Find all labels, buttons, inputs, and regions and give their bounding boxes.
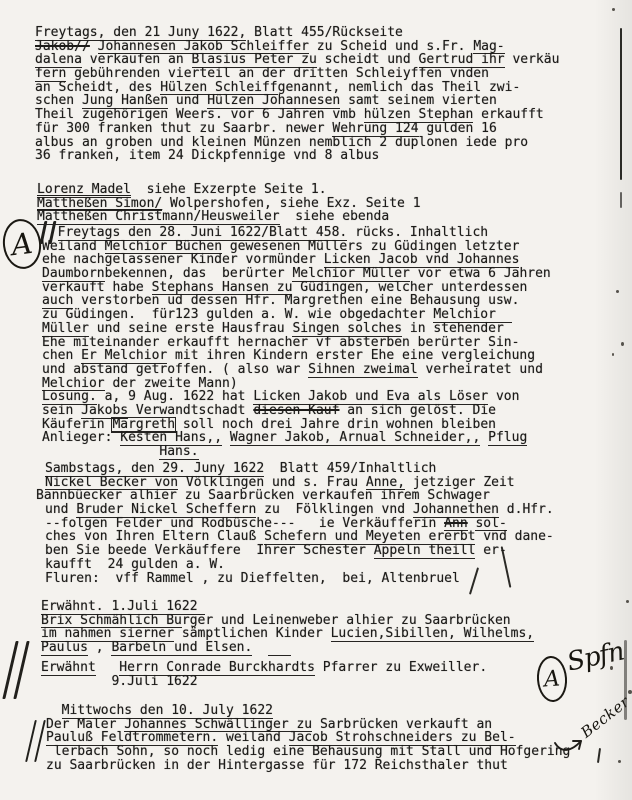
typewritten-line: --folgen Felder und Rodbüsche--- ie Verk…: [45, 517, 554, 531]
text-segment: Pfarrer zu Exweiller.: [315, 661, 487, 675]
typewritten-line: Lorenz Madel siehe Exzerpte Seite 1.: [37, 183, 421, 197]
typewritten-line: Erwähnt Herrn Conrade Burckhardts Pfarre…: [41, 661, 487, 675]
text-segment: ehe nachgelassener Kinder vormünder: [42, 253, 324, 267]
scan-speck: [616, 290, 619, 293]
scan-edge-line: [620, 192, 622, 208]
text-segment: [468, 517, 476, 531]
typewritten-line: Losung. a, 9 Aug. 1622 hat Licken Jakob …: [42, 390, 551, 404]
typewritten-line: sein Jakobs Verwandtschadt diesen Kauf a…: [42, 404, 551, 418]
text-segment: samt seinem vierten: [340, 94, 497, 108]
text-segment: und abstand getroffen. ( also war: [42, 363, 308, 377]
typewritten-line: Melchior der zweite Mann): [42, 377, 551, 391]
entry-1622-06-21-blatt-455: Freytags, den 21 Juny 1622, Blatt 455/Rü…: [35, 26, 559, 163]
scan-speck: [628, 690, 632, 694]
text-segment: zu Scheid und s.Fr.: [309, 40, 473, 54]
text-segment: a, 9 Aug. 1622 hat: [97, 390, 254, 404]
text-segment: soll noch drei Jahre drin wohnen bleiben: [175, 418, 496, 432]
text-segment: er-: [475, 544, 506, 558]
scan-edge-streak: [624, 640, 627, 720]
text-segment: albus an groben und kleinen Münzen nembl…: [35, 136, 528, 150]
text-segment: [480, 431, 488, 445]
typewritten-line: Mattheßen Christmann/Heusweiler siehe eb…: [37, 210, 421, 224]
text-segment: Völklingen und s. Frau: [178, 476, 366, 490]
text-segment: siehe ebenda: [280, 210, 390, 224]
typewritten-line: lerbach Sohn, so noch ledig eine Behausu…: [46, 745, 570, 759]
text-segment: lerbach Sohn, so noch ledig eine Behausu…: [46, 745, 570, 759]
text-segment: erkaufft: [473, 108, 543, 122]
typewritten-line: verkauft habe Stephans Hansen zu Güdinge…: [42, 281, 551, 295]
typewritten-line: Mittwochs den 10. July 1622: [46, 704, 570, 718]
text-segment: für 300 franken thut zu Saarbr. newer: [35, 122, 332, 136]
typewritten-line: auch verstorben ud dessen Hfr. Margrethe…: [42, 294, 551, 308]
typewritten-line: Pauluß Feldtrommetern. weiland Jacob Str…: [46, 731, 570, 745]
typewritten-line: schen Jung Hanßen und Hülzen Johannesen …: [35, 94, 559, 108]
text-segment: Blatt 459/Inhaltlich: [264, 462, 436, 476]
scan-speck: [612, 353, 614, 356]
typewritten-line: Erwähnt. 1.Juli 1622: [41, 600, 534, 614]
text-segment: sämptlichen Kinder: [174, 627, 331, 641]
text-segment: ben Sie beede Verkäuffere Ihrer Schester: [45, 544, 374, 558]
text-segment: Der Maler: [46, 718, 124, 732]
text-segment: Lucien,Sibillen, Wilhelms,: [331, 627, 535, 642]
text-segment: verstorben ud dessen Hfr. Margrethen ein…: [73, 294, 519, 308]
text-segment: Sihnen zweimal: [308, 363, 418, 378]
text-segment: Jakob//: [35, 40, 90, 54]
text-segment: [46, 704, 62, 718]
entry-1622-06-29-blatt-459: Sambstags, den 29. Juny 1622 Blatt 459/I…: [45, 462, 554, 585]
text-segment: Paulus: [41, 641, 88, 656]
text-segment: Bannbüecker alhier zu Saarbrücken verkau…: [36, 489, 490, 503]
scan-speck: [621, 342, 624, 346]
text-segment: ches von Ihren Eltern Clauß: [45, 530, 264, 544]
typewritten-line: kaufft 24 gulden a. W.: [45, 558, 554, 572]
text-segment: und seine erste Hausfrau: [89, 322, 293, 336]
typewritten-line: chen Er Melchior mit ihren Kindern erste…: [42, 349, 551, 363]
typewritten-line: Müller und seine erste Hausfrau Singen s…: [42, 322, 551, 336]
typewritten-line: und abstand getroffen. ( also war Sihnen…: [42, 363, 551, 377]
text-segment: an Scheidt, des: [35, 81, 160, 95]
text-segment: Güdingen, welcher unterdessen: [292, 281, 527, 295]
text-segment: kaufft 24 gulden a. W.: [45, 558, 225, 572]
scan-edge-line: [620, 28, 622, 180]
text-segment: der zweite Mann): [105, 377, 238, 391]
text-segment: und: [168, 94, 207, 108]
text-segment: in stehender: [402, 322, 504, 336]
typewritten-line: Bannbüecker alhier zu Saarbrücken verkau…: [45, 489, 554, 503]
typewritten-line: fern gebührenden vierteil an der dritten…: [35, 67, 559, 81]
typewritten-line: 36 franken, item 24 Dickpfennige vnd 8 a…: [35, 149, 559, 163]
scan-speck: [618, 760, 621, 763]
text-segment: Hans.: [159, 445, 198, 460]
text-segment: verkäu: [505, 53, 560, 67]
handwritten-word-spfn: Spfn: [565, 636, 627, 677]
text-segment: [268, 641, 291, 656]
text-segment: verheiratet und: [418, 363, 543, 377]
text-segment: --folgen Felder und Rodbüsche--- ie Verk…: [45, 517, 444, 531]
text-segment: Mattheßen Christmann/Heusweiler: [37, 210, 280, 225]
text-segment: Sarbrücken verkauft an: [312, 718, 492, 732]
scan-speck: [612, 8, 615, 11]
scanned-document-page: A A Spfn Becker Freytags, den 21 Juny 16…: [0, 0, 632, 800]
text-segment: ,: [88, 641, 111, 655]
text-segment: weiland: [218, 731, 288, 745]
text-segment: 9.Juli 1622: [41, 675, 198, 689]
typewritten-line: Jakob// Johannesen Jakob Schleiffer zu S…: [35, 40, 559, 54]
text-segment: und: [45, 503, 76, 517]
text-segment: an sich gelöst. Die: [339, 404, 496, 418]
double-slash-mark-2: [30, 720, 42, 762]
typewritten-line: Paulus , Barbeln und Elsen.: [41, 641, 534, 655]
text-segment: Pflug: [488, 431, 527, 446]
typewritten-line: Der Maler Johannes Schwällinger zu Sarbr…: [46, 718, 570, 732]
text-segment: Verwandtschadt: [128, 404, 253, 418]
typewritten-line: Freytags den 28. Juni 1622/Blatt 458. rü…: [42, 226, 551, 240]
text-segment: verkauft habe: [42, 281, 152, 295]
text-segment: schen: [35, 94, 82, 108]
text-segment: zu Fölklingen vnd: [256, 503, 413, 517]
text-segment: Blatt 455/Rückseite: [246, 26, 403, 40]
typewritten-line: an Scheidt, des Hülzen Schleiffgenannt, …: [35, 81, 559, 95]
typewritten-line: Käuferin Margreth soll noch drei Jahre d…: [42, 418, 551, 432]
text-segment: d.Hfr.: [499, 503, 554, 517]
text-segment: jetziger Zeit: [405, 476, 515, 490]
text-segment: [90, 40, 98, 54]
typewritten-line: ben Sie beede Verkäuffere Ihrer Schester…: [45, 544, 554, 558]
typewritten-line: im nahmen sierner sämptlichen Kinder Luc…: [41, 627, 534, 641]
text-segment: zu Güdingen. für123 gulden a. W. wie obg…: [42, 308, 433, 322]
typewritten-line: Fluren: vff Rammel , zu Dieffelten, bei,…: [45, 572, 554, 586]
typewritten-line: Hans.: [42, 445, 551, 459]
text-segment: diesen Kauf: [253, 404, 339, 418]
text-segment: Appeln theill: [374, 544, 476, 559]
double-slash-mark-1: [9, 641, 22, 699]
typewritten-line: und Bruder Nickel Scheffern zu Fölklinge…: [45, 503, 554, 517]
scan-speck: [626, 600, 629, 603]
typewritten-line: für 300 franken thut zu Saarbr. newer We…: [35, 122, 559, 136]
cross-references: Lorenz Madel siehe Exzerpte Seite 1.Matt…: [37, 183, 421, 224]
text-segment: Theil zugehörigen Weers. vor 6 Jahren vm…: [35, 108, 364, 122]
typewritten-line: Nickel Becker von Völklingen und s. Frau…: [45, 476, 554, 490]
text-segment: vnd dane-: [475, 530, 553, 544]
typewritten-line: Mattheßen Simon/ Wolpershofen, siehe Exz…: [37, 197, 421, 211]
entry-1622-07-10: Mittwochs den 10. July 1622Der Maler Joh…: [46, 704, 570, 772]
typewritten-line: dalena verkaufen an Blasius Peter zu sch…: [35, 53, 559, 67]
typewritten-line: Sambstags, den 29. Juny 1622 Blatt 459/I…: [45, 462, 554, 476]
text-segment: Käuferin: [42, 418, 112, 432]
handwritten-circled-a-right: A: [535, 655, 568, 703]
text-segment: rger und Leinenweber alhier zu Saarbrück…: [182, 614, 511, 628]
text-segment: Wolpershofen, siehe Exz. Seite 1: [162, 197, 420, 211]
text-segment: Anlieger:: [42, 431, 120, 445]
typewritten-line: albus an groben und kleinen Münzen nembl…: [35, 136, 559, 150]
typewritten-line: Brix Schmählich Burger und Leinenweber a…: [41, 614, 534, 628]
text-segment: gulden 16: [419, 122, 497, 136]
text-segment: zu Saarbrücken in der Hintergasse für 17…: [46, 759, 508, 773]
text-segment: Barbeln und Elsen.: [111, 641, 252, 656]
entry-1622-07-09-erwaehnt: Erwähnt Herrn Conrade Burckhardts Pfarre…: [41, 661, 487, 688]
text-segment: vor etwa 6 Jahren: [410, 267, 551, 281]
circled-letter: A: [10, 226, 35, 262]
text-segment: [96, 661, 119, 675]
text-segment: [42, 226, 58, 240]
text-segment: mit ihren Kindern erster Ehe eine vergle…: [167, 349, 535, 363]
text-segment: 36 franken, item 24 Dickpfennige vnd 8 a…: [35, 149, 379, 163]
entry-1622-06-28-blatt-458: Freytags den 28. Juni 1622/Blatt 458. rü…: [42, 226, 551, 459]
scan-speck: [610, 666, 613, 670]
text-segment: von: [488, 390, 519, 404]
text-segment: Fluren: vff Rammel , zu Dieffelten, bei,…: [45, 572, 460, 586]
text-segment: rücks. Inhaltlich: [347, 226, 488, 240]
entry-1622-07-01-erwaehnt: Erwähnt. 1.Juli 1622 Brix Schmählich Bur…: [41, 600, 534, 655]
typewritten-line: Anlieger: Kesten Hans,, Wagner Jakob, Ar…: [42, 431, 551, 445]
typewritten-line: zu Güdingen. für123 gulden a. W. wie obg…: [42, 308, 551, 322]
typewritten-line: zu Saarbrücken in der Hintergasse für 17…: [46, 759, 570, 773]
text-segment: [222, 431, 230, 445]
text-segment: sein: [42, 404, 81, 418]
text-segment: Wagner Jakob, Arnual Schneider,,: [230, 431, 480, 446]
typewritten-line: Ehe miteinander erkaufft hernacher vf ab…: [42, 336, 551, 350]
typewritten-line: 9.Juli 1622: [41, 675, 487, 689]
circled-letter: A: [543, 666, 561, 692]
handwriting-text: Spfn: [565, 636, 627, 677]
text-segment: [252, 641, 268, 655]
text-segment: Ehe miteinander erkaufft hernacher vf ab…: [42, 336, 519, 350]
text-segment: siehe Exzerpte Seite 1.: [131, 183, 327, 197]
text-segment: bekennen, das berürter: [105, 267, 293, 281]
text-segment: scheidt und: [317, 53, 419, 67]
typewritten-line: Theil zugehörigen Weers. vor 6 Jahren vm…: [35, 108, 559, 122]
text-segment: Weiland: [42, 240, 105, 254]
typewritten-line: ches von Ihren Eltern Clauß Schefern und…: [45, 530, 554, 544]
text-segment: chen: [42, 349, 81, 363]
text-segment: gewesenen Müllers zu Güdingen letzter: [222, 240, 519, 254]
text-segment: verkaufen an: [82, 53, 192, 67]
typewritten-line: Freytags, den 21 Juny 1622, Blatt 455/Rü…: [35, 26, 559, 40]
typewritten-line: Weiland Melchior Büchen gewesenen Müller…: [42, 240, 551, 254]
text-segment: gebührenden vierteil an der dritten Schl…: [66, 67, 489, 81]
typewritten-line: ehe nachgelassener Kinder vormünder Lick…: [42, 253, 551, 267]
text-segment: [42, 445, 159, 459]
typewritten-line: Daumbornbekennen, das berürter Melchior …: [42, 267, 551, 281]
text-segment: genannt, nemlich das Theil zwi-: [278, 81, 521, 95]
